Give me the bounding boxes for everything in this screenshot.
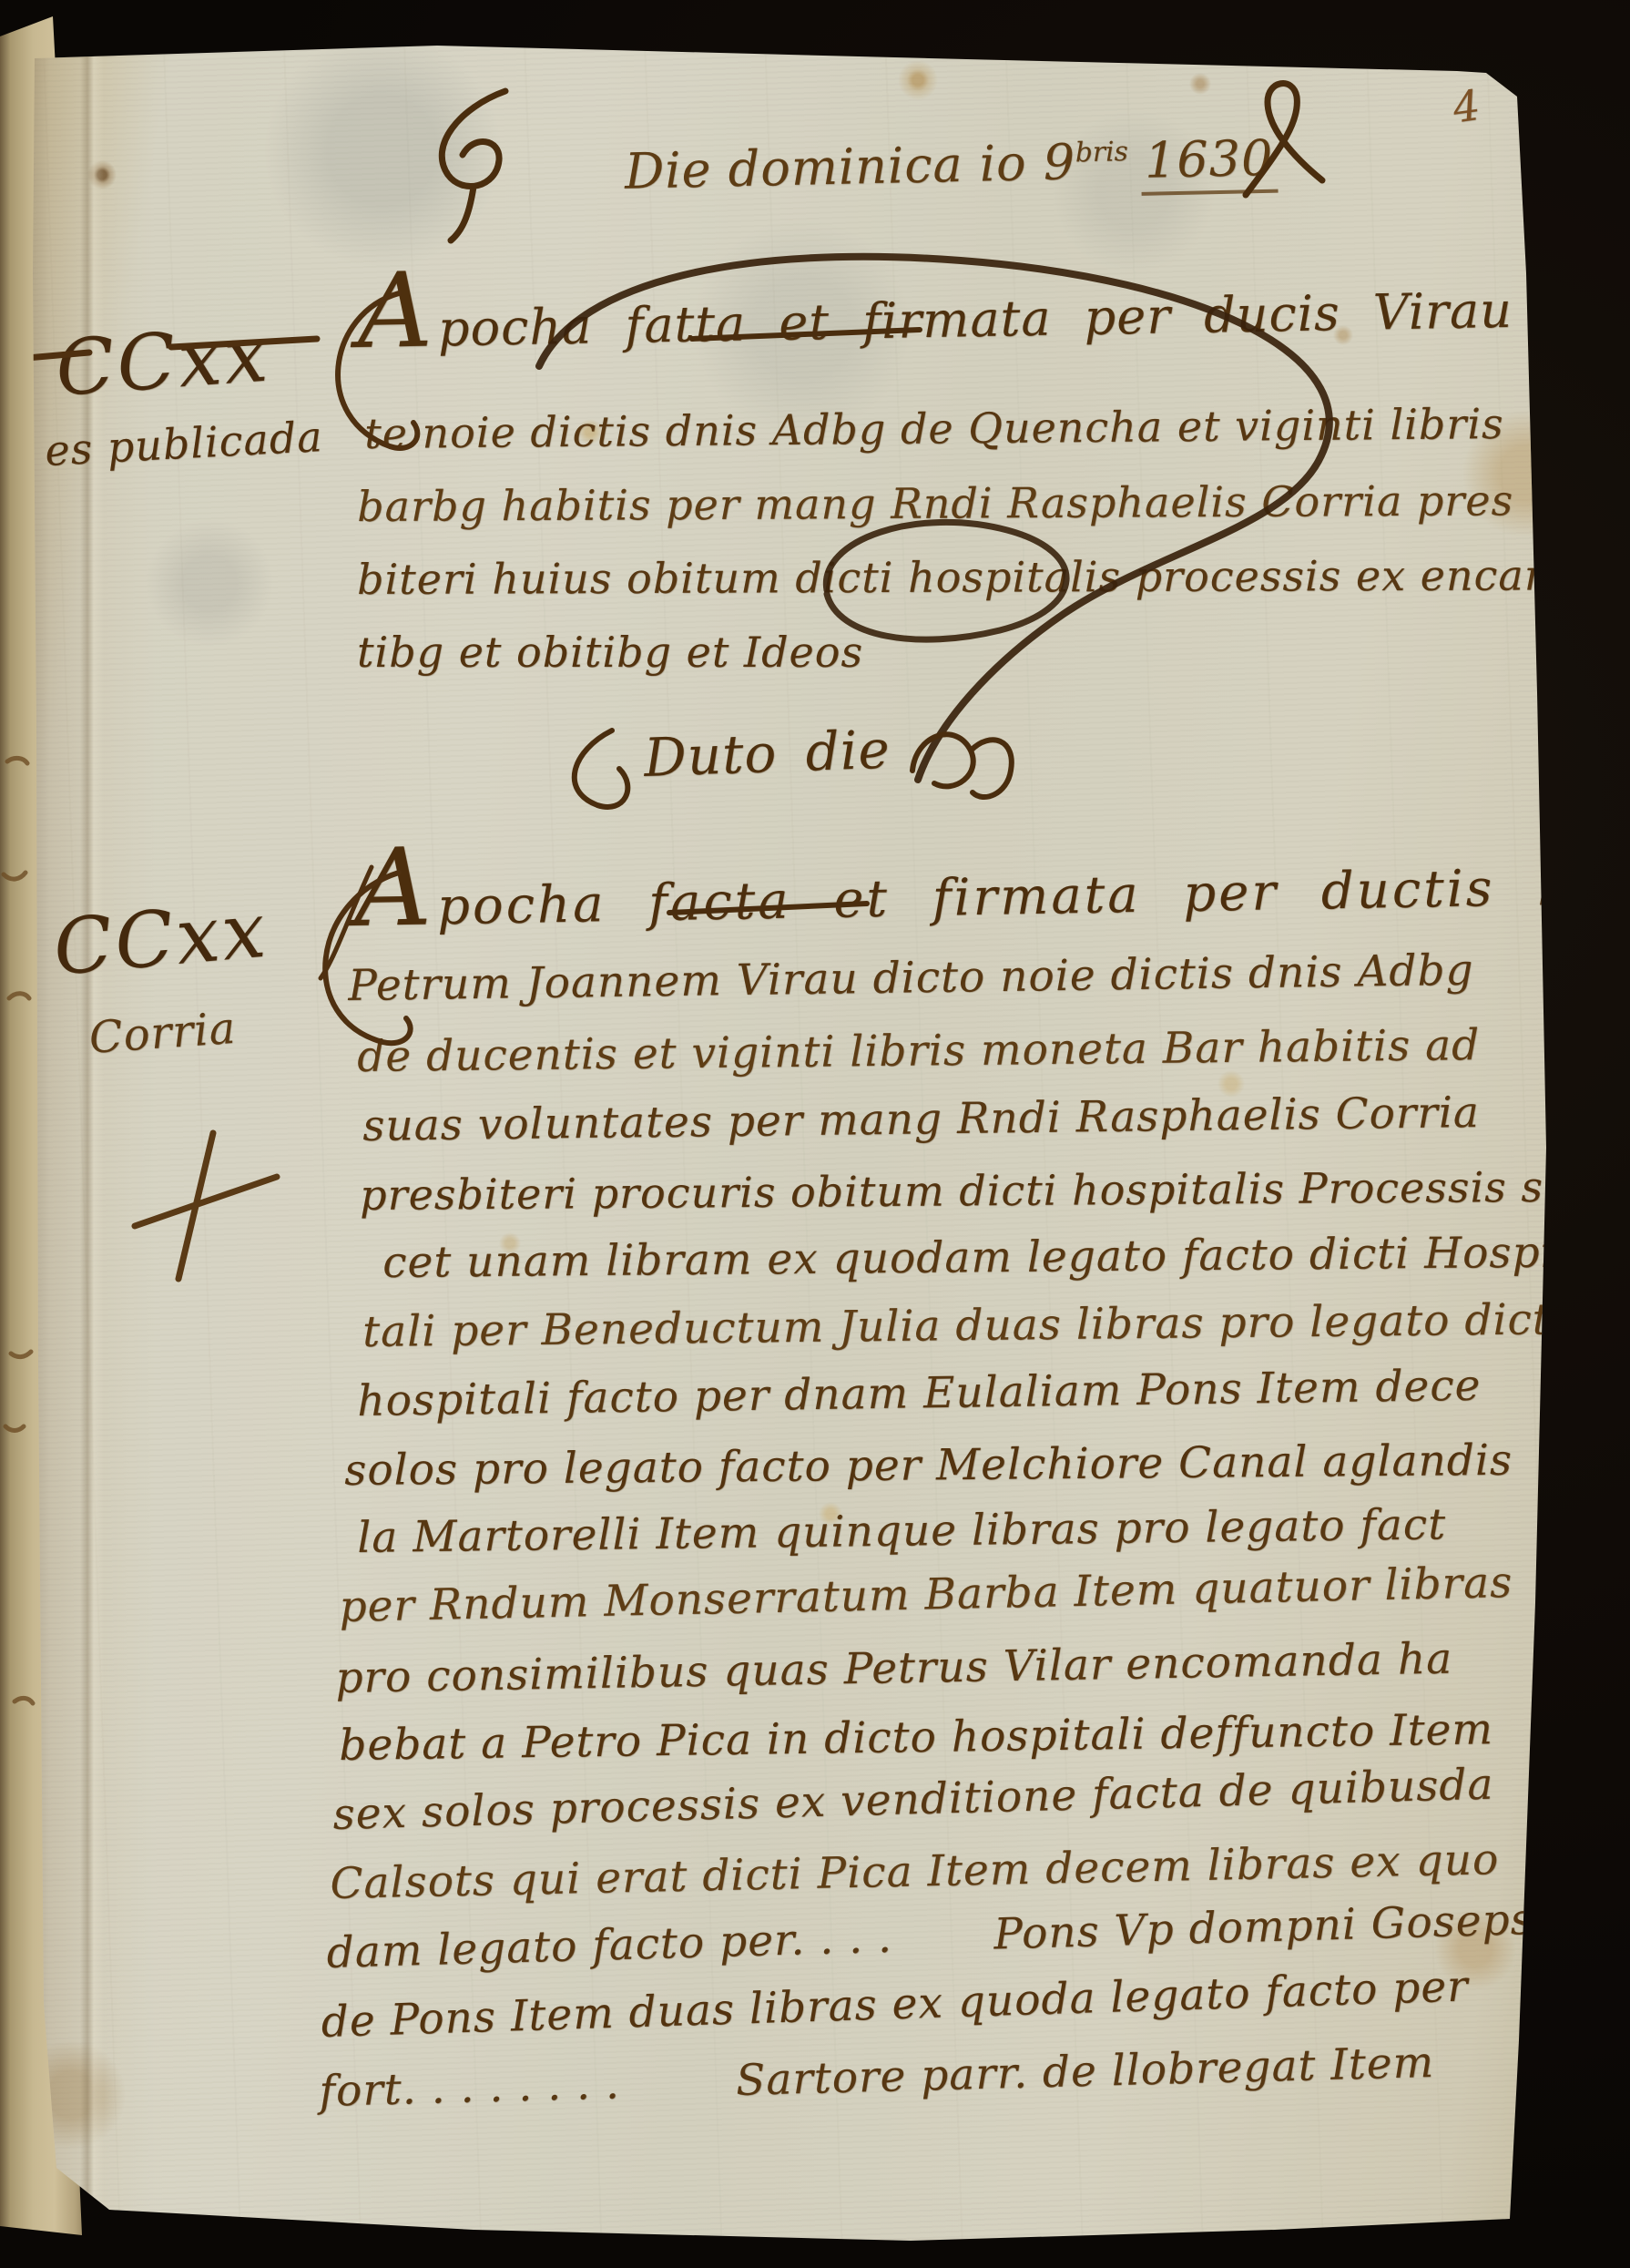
dicto-die-close-flourish xyxy=(912,734,1012,797)
entry1-margin-number: CCxx xyxy=(53,310,273,414)
header-date-year: 1630 xyxy=(1140,129,1278,196)
entry1-margin-note: es publicada xyxy=(44,412,324,475)
dicto-die-heading: Duto die xyxy=(643,719,891,789)
entry2-line: cet unam libram ex quodam legato facto d… xyxy=(382,1231,1555,1286)
header-open-flourish xyxy=(442,91,505,240)
entry2-line: de ducentis et viginti libris moneta Bar… xyxy=(357,1023,1480,1079)
entry2-margin-note: Corria xyxy=(87,1003,238,1064)
entry2-line: hospitali facto per dnam Eulaliam Pons I… xyxy=(357,1364,1482,1425)
entry2-line: pro consimilibus quas Petrus Vilar encom… xyxy=(335,1637,1453,1701)
dicto-die-open-flourish xyxy=(575,730,628,807)
entry2-line: fort. . . . . . . . Sartore parr. de llo… xyxy=(319,2040,1435,2114)
entry1-line: Apocha fatta et firmata per ducis Virau … xyxy=(357,251,1612,357)
entry2-line: suas voluntates per mang Rndi Rasphaelis… xyxy=(362,1090,1480,1149)
entry2-line: tali per Beneductum Julia duas libras pr… xyxy=(362,1297,1577,1354)
entry2-line: de Pons Item duas libras ex quoda legato… xyxy=(321,1964,1469,2045)
entry1-line: te noie dictis dnis Adbg de Quencha et v… xyxy=(364,402,1504,455)
entry2-line: per Rndum Monserratum Barba Item quatuor… xyxy=(339,1560,1513,1629)
entry2-line: Calsots qui erat dicti Pica Item decem l… xyxy=(330,1837,1500,1906)
header-date-superscript: bris xyxy=(1075,136,1128,169)
entry2-line: presbiteri procuris obitum dicti hospita… xyxy=(360,1164,1611,1217)
entry2-line: solos pro legato facto per Melchiore Can… xyxy=(344,1438,1513,1494)
entry2-margin-number: CCxx xyxy=(50,884,271,992)
entry2-margin-cross xyxy=(135,1133,277,1279)
entry2-line: bebat a Petro Pica in dicto hospitali de… xyxy=(339,1707,1493,1768)
manuscript-scan: 4 Die dominica io 9bris1630 CCxx es publ… xyxy=(0,0,1630,2268)
entry2-line: sex solos processis ex venditione facta … xyxy=(332,1762,1494,1838)
entry2-line: Apocha facta et firmata per ductis honor xyxy=(353,825,1630,936)
entry1-line: tibg et obitibg et Ideos xyxy=(357,630,863,674)
entry2-line: Petrum Joannem Virau dicto noie dictis d… xyxy=(348,948,1474,1009)
header-date: Die dominica io 9bris1630 xyxy=(524,72,1279,260)
entry2-line: la Martorelli Item quinque libras pro le… xyxy=(357,1502,1446,1560)
header-date-main: Die dominica io 9 xyxy=(624,133,1075,199)
manuscript-page: 4 Die dominica io 9bris1630 CCxx es publ… xyxy=(0,0,1630,2268)
folio-number: 4 xyxy=(1450,80,1484,133)
entry1-line: barbg habitis per mang Rndi Rasphaelis C… xyxy=(357,478,1513,528)
entry1-line: biteri huius obitum dicti hospitalis pro… xyxy=(357,553,1552,601)
